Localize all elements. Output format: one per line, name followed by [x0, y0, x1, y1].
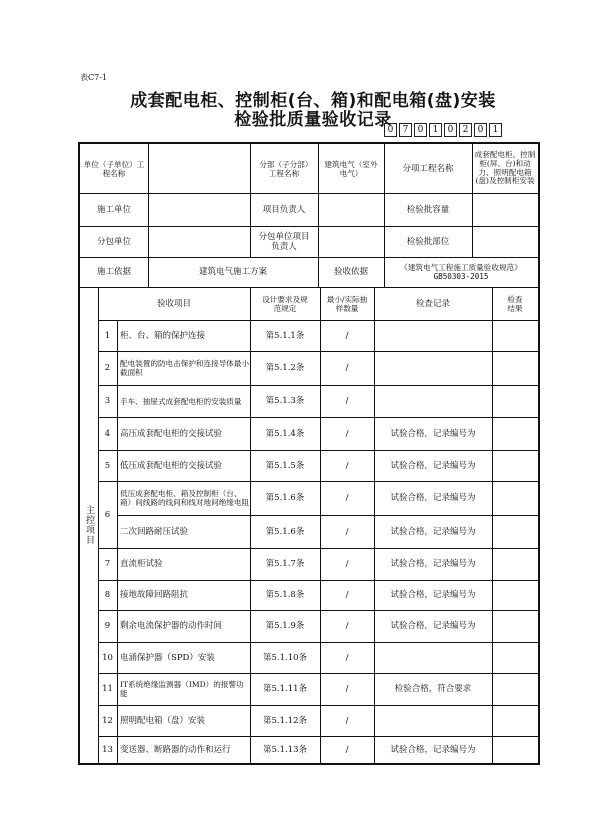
- row-result[interactable]: [492, 548, 538, 580]
- row-record[interactable]: [374, 320, 492, 351]
- section-label: 主控项目: [84, 505, 94, 545]
- row-result[interactable]: [492, 673, 538, 705]
- grid-line: [98, 580, 538, 581]
- row-number: 11: [98, 673, 117, 705]
- grid-line: [98, 320, 538, 321]
- row-item: 二次回路耐压试验: [117, 515, 250, 548]
- acceptance-basis-label: 验收依据: [318, 257, 384, 287]
- col-record-header: 检查记录: [374, 287, 492, 320]
- row-record[interactable]: [374, 351, 492, 385]
- contractor-label: 施工单位: [80, 193, 148, 226]
- acceptance-basis-value[interactable]: 《建筑电气工程施工质量验收规范》 GB50303-2015: [384, 257, 538, 287]
- pm-value[interactable]: [318, 193, 384, 226]
- row-item: 手车、抽屉式成套配电柜的安装质量: [117, 385, 250, 417]
- row-sample[interactable]: /: [320, 642, 374, 673]
- row-record[interactable]: 试验合格，记录编号为: [374, 580, 492, 610]
- subdivision-label: 分部（子分部）工程名称: [250, 144, 318, 193]
- batch-location-label: 检验批部位: [384, 226, 472, 257]
- subdivision-value[interactable]: 建筑电气（室外电气）: [318, 144, 384, 193]
- grid-line: [80, 287, 538, 288]
- form-id: 表C7-1: [80, 72, 107, 83]
- row-result[interactable]: [492, 351, 538, 385]
- grid-line: [98, 481, 538, 482]
- row-sample[interactable]: /: [320, 450, 374, 481]
- grid-line: [98, 385, 538, 386]
- inspection-form: 单位（子单位）工程名称 分部（子分部）工程名称 建筑电气（室外电气） 分项工程名…: [78, 142, 540, 765]
- row-number: 7: [98, 548, 117, 580]
- row-spec: 第5.1.9条: [250, 610, 320, 642]
- row-result[interactable]: [492, 417, 538, 450]
- grid-line: [98, 450, 538, 451]
- row-item: 电涌保护器（SPD）安装: [117, 642, 250, 673]
- subitem-label: 分项工程名称: [384, 144, 472, 193]
- row-spec: 第5.1.8条: [250, 580, 320, 610]
- code-digit: 1: [489, 123, 502, 137]
- section-main-control: 主控项目: [80, 287, 98, 763]
- row-item: 直流柜试验: [117, 548, 250, 580]
- row-result[interactable]: [492, 515, 538, 548]
- row-spec: 第5.1.1条: [250, 320, 320, 351]
- grid-line: [250, 287, 251, 763]
- subitem-value[interactable]: 成套配电柜、控制柜(屏、台)和动力、照明配电箱(盘)及控制柜安装: [472, 144, 538, 193]
- row-sample[interactable]: /: [320, 351, 374, 385]
- col-spec-header: 设计要求及规范规定: [250, 287, 320, 320]
- row-sample[interactable]: /: [320, 320, 374, 351]
- row-item: IT系统绝缘监测器（IMD）的报警功能: [117, 673, 250, 705]
- row-item: 高压成套配电柜的交接试验: [117, 417, 250, 450]
- grid-line: [98, 705, 538, 706]
- row-result[interactable]: [492, 580, 538, 610]
- batch-location-value[interactable]: [472, 226, 538, 257]
- row-record[interactable]: 试验合格，记录编号为: [374, 450, 492, 481]
- grid-line: [98, 417, 538, 418]
- row-item: 变送器、断路器的动作和运行: [117, 736, 250, 763]
- grid-line: [98, 736, 538, 737]
- row-number: 13: [98, 736, 117, 763]
- grid-line: [492, 287, 493, 763]
- row-number: 2: [98, 351, 117, 385]
- batch-capacity-label: 检验批容量: [384, 193, 472, 226]
- grid-line: [98, 610, 538, 611]
- row-number: 5: [98, 450, 117, 481]
- row-sample[interactable]: /: [320, 515, 374, 548]
- grid-line: [98, 351, 538, 352]
- grid-line: [117, 515, 538, 516]
- form-code: 07010201: [384, 123, 504, 137]
- grid-line: [250, 144, 251, 257]
- row-item: 剩余电流保护器的动作时间: [117, 610, 250, 642]
- contractor-value[interactable]: [148, 193, 250, 226]
- row-spec: 第5.1.5条: [250, 450, 320, 481]
- row-sample[interactable]: /: [320, 673, 374, 705]
- row-record[interactable]: 试验合格，记录编号为: [374, 515, 492, 548]
- grid-line: [384, 144, 385, 287]
- row-item: 柜、台、箱的保护连接: [117, 320, 250, 351]
- grid-line: [472, 144, 473, 257]
- row-sample[interactable]: /: [320, 580, 374, 610]
- row-sample[interactable]: /: [320, 385, 374, 417]
- row-item: 低压成套配电柜的交接试验: [117, 450, 250, 481]
- col-sample-header: 最小/实际抽样数量: [320, 287, 374, 320]
- row-number: 10: [98, 642, 117, 673]
- batch-capacity-value[interactable]: [472, 193, 538, 226]
- row-item: 照明配电箱（盘）安装: [117, 705, 250, 736]
- row-sample[interactable]: /: [320, 610, 374, 642]
- sub-pm-label: 分包单位项目负责人: [250, 226, 318, 257]
- code-digit: 1: [429, 123, 442, 137]
- grid-line: [98, 287, 99, 763]
- row-spec: 第5.1.7条: [250, 548, 320, 580]
- page-subtitle: 检验批质量验收记录: [18, 105, 590, 130]
- row-spec: 第5.1.13条: [250, 736, 320, 763]
- subcontractor-label: 分包单位: [80, 226, 148, 257]
- row-number: 6: [98, 481, 117, 548]
- row-sample[interactable]: /: [320, 417, 374, 450]
- row-record[interactable]: 试验合格，记录编号为: [374, 736, 492, 763]
- row-spec: 第5.1.10条: [250, 642, 320, 673]
- row-spec: 第5.1.3条: [250, 385, 320, 417]
- col-result-header: 检查结果: [492, 287, 538, 320]
- row-spec: 第5.1.12条: [250, 705, 320, 736]
- row-result[interactable]: [492, 320, 538, 351]
- col-item-header: 验收项目: [98, 287, 250, 320]
- row-item: 配电装置的防电击保护和连接导体最小截面积: [117, 351, 250, 385]
- row-spec: 第5.1.4条: [250, 417, 320, 450]
- row-result[interactable]: [492, 610, 538, 642]
- grid-line: [374, 287, 375, 763]
- row-spec: 第5.1.11条: [250, 673, 320, 705]
- row-result[interactable]: [492, 736, 538, 763]
- row-record[interactable]: 试验合格，记录编号为: [374, 610, 492, 642]
- code-digit: 2: [459, 123, 472, 137]
- row-spec: 第5.1.6条: [250, 515, 320, 548]
- basis-value[interactable]: 建筑电气施工方案: [148, 257, 318, 287]
- row-record[interactable]: 试验合格，记录编号为: [374, 417, 492, 450]
- row-spec: 第5.1.6条: [250, 481, 320, 515]
- grid-line: [320, 287, 321, 763]
- row-record[interactable]: 检验合格，符合要求: [374, 673, 492, 705]
- acceptance-basis-standard: 《建筑电气工程施工质量验收规范》: [400, 263, 522, 272]
- row-number: 9: [98, 610, 117, 642]
- grid-line: [117, 320, 118, 763]
- row-result[interactable]: [492, 450, 538, 481]
- row-number: 12: [98, 705, 117, 736]
- row-number: 3: [98, 385, 117, 417]
- subcontractor-value[interactable]: [148, 226, 250, 257]
- unit-value[interactable]: [148, 144, 250, 193]
- grid-line: [98, 642, 538, 643]
- acceptance-basis-code: GB50303-2015: [434, 272, 489, 281]
- row-sample[interactable]: /: [320, 548, 374, 580]
- row-result[interactable]: [492, 705, 538, 736]
- code-digit: 0: [414, 123, 427, 137]
- code-digit: 0: [444, 123, 457, 137]
- row-sample[interactable]: /: [320, 736, 374, 763]
- grid-line: [98, 673, 538, 674]
- code-digit: 0: [384, 123, 397, 137]
- row-result[interactable]: [492, 642, 538, 673]
- row-record[interactable]: [374, 705, 492, 736]
- row-result[interactable]: [492, 481, 538, 515]
- row-record[interactable]: [374, 385, 492, 417]
- row-record[interactable]: [374, 642, 492, 673]
- grid-line: [318, 144, 319, 287]
- grid-line: [148, 144, 149, 287]
- sub-pm-value[interactable]: [318, 226, 384, 257]
- code-digit: 7: [399, 123, 412, 137]
- basis-label: 施工依据: [80, 257, 148, 287]
- row-result[interactable]: [492, 385, 538, 417]
- row-sample[interactable]: /: [320, 481, 374, 515]
- row-number: 8: [98, 580, 117, 610]
- row-number: 4: [98, 417, 117, 450]
- row-item: 低压成套配电柜、箱及控制柜（台、箱）间线路的线间和线对地间绝缘电阻: [117, 481, 250, 515]
- row-record[interactable]: 试验合格，记录编号为: [374, 548, 492, 580]
- pm-label: 项目负责人: [250, 193, 318, 226]
- row-record[interactable]: 试验合格，记录编号为: [374, 481, 492, 515]
- row-spec: 第5.1.2条: [250, 351, 320, 385]
- row-number: 1: [98, 320, 117, 351]
- row-sample[interactable]: /: [320, 705, 374, 736]
- unit-label: 单位（子单位）工程名称: [80, 144, 148, 193]
- row-item: 接地故障回路阻抗: [117, 580, 250, 610]
- code-digit: 0: [474, 123, 487, 137]
- grid-line: [98, 548, 538, 549]
